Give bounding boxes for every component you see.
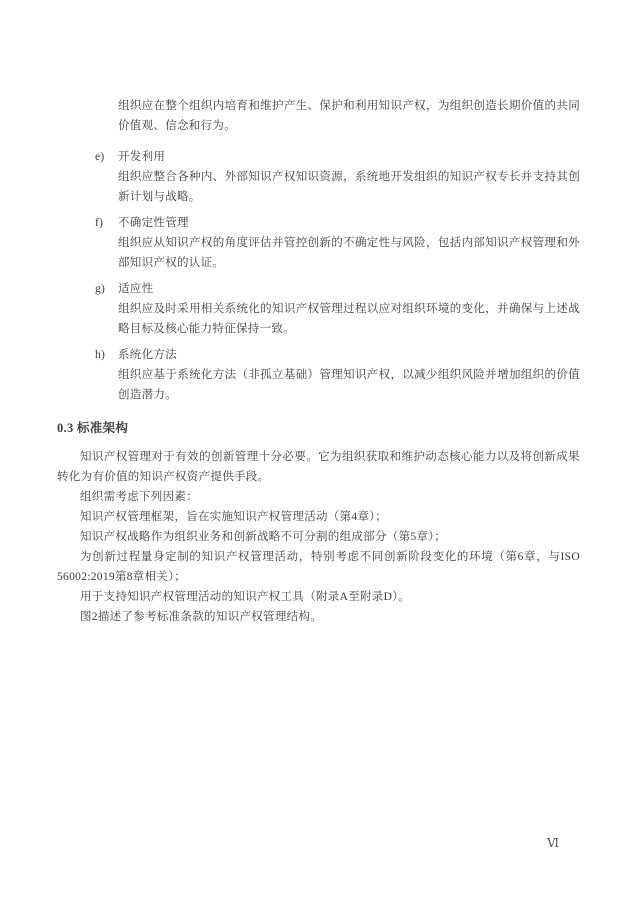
page-number: Ⅵ [547, 836, 560, 851]
list-item-title: 适应性 [118, 279, 580, 299]
list-item-text: 组织应整合各种内、外部知识产权知识资源，系统地开发组织的知识产权专长并支持其创新… [118, 167, 580, 207]
document-page: 组织应在整个组织内培育和维护产生、保护和利用知识产权，为组织创造长期价值的共同价… [0, 0, 636, 900]
list-item-f: f) 不确定性管理 组织应从知识产权的角度评估并管控创新的不确定性与风险，包括内… [95, 213, 580, 273]
list-marker: h) [95, 345, 118, 405]
list-item-body: 系统化方法 组织应基于系统化方法（非孤立基础）管理知识产权，以减少组织风险并增加… [118, 345, 580, 405]
section-paragraph: 用于支持知识产权管理活动的知识产权工具（附录A至附录D）。 [57, 587, 580, 607]
page-content: 组织应在整个组织内培育和维护产生、保护和利用知识产权，为组织创造长期价值的共同价… [57, 84, 580, 627]
list-item-title: 不确定性管理 [118, 213, 580, 233]
section-paragraph: 为创新过程量身定制的知识产权管理活动，特别考虑不同创新阶段变化的环境（第6章，与… [57, 547, 580, 587]
continuation-paragraph: 组织应在整个组织内培育和维护产生、保护和利用知识产权，为组织创造长期价值的共同价… [118, 96, 580, 136]
list-marker: g) [95, 279, 118, 339]
list-item-text: 组织应及时采用相关系统化的知识产权管理过程以应对组织环境的变化，并确保与上述战略… [118, 299, 580, 339]
list-marker: e) [95, 147, 118, 207]
list-item-text: 组织应从知识产权的角度评估并管控创新的不确定性与风险，包括内部知识产权管理和外部… [118, 233, 580, 273]
section-paragraph: 图2描述了参考标准条款的知识产权管理结构。 [57, 607, 580, 627]
list-item-e: e) 开发利用 组织应整合各种内、外部知识产权知识资源，系统地开发组织的知识产权… [95, 147, 580, 207]
list-item-text: 组织应基于系统化方法（非孤立基础）管理知识产权，以减少组织风险并增加组织的价值创… [118, 365, 580, 405]
section-paragraph: 组织需考虑下列因素： [57, 487, 580, 507]
section-paragraph: 知识产权战略作为组织业务和创新战略不可分割的组成部分（第5章）； [57, 527, 580, 547]
list-item-h: h) 系统化方法 组织应基于系统化方法（非孤立基础）管理知识产权，以减少组织风险… [95, 345, 580, 405]
list-item-title: 开发利用 [118, 147, 580, 167]
list-item-g: g) 适应性 组织应及时采用相关系统化的知识产权管理过程以应对组织环境的变化，并… [95, 279, 580, 339]
section-paragraph: 知识产权管理框架，旨在实施知识产权管理活动（第4章）； [57, 507, 580, 527]
section-heading: 0.3 标准架构 [57, 418, 580, 438]
list-marker: f) [95, 213, 118, 273]
list-item-title: 系统化方法 [118, 345, 580, 365]
section-paragraph: 知识产权管理对于有效的创新管理十分必要。它为组织获取和维护动态核心能力以及将创新… [57, 447, 580, 487]
list-item-body: 不确定性管理 组织应从知识产权的角度评估并管控创新的不确定性与风险，包括内部知识… [118, 213, 580, 273]
list-item-body: 适应性 组织应及时采用相关系统化的知识产权管理过程以应对组织环境的变化，并确保与… [118, 279, 580, 339]
list-item-body: 开发利用 组织应整合各种内、外部知识产权知识资源，系统地开发组织的知识产权专长并… [118, 147, 580, 207]
